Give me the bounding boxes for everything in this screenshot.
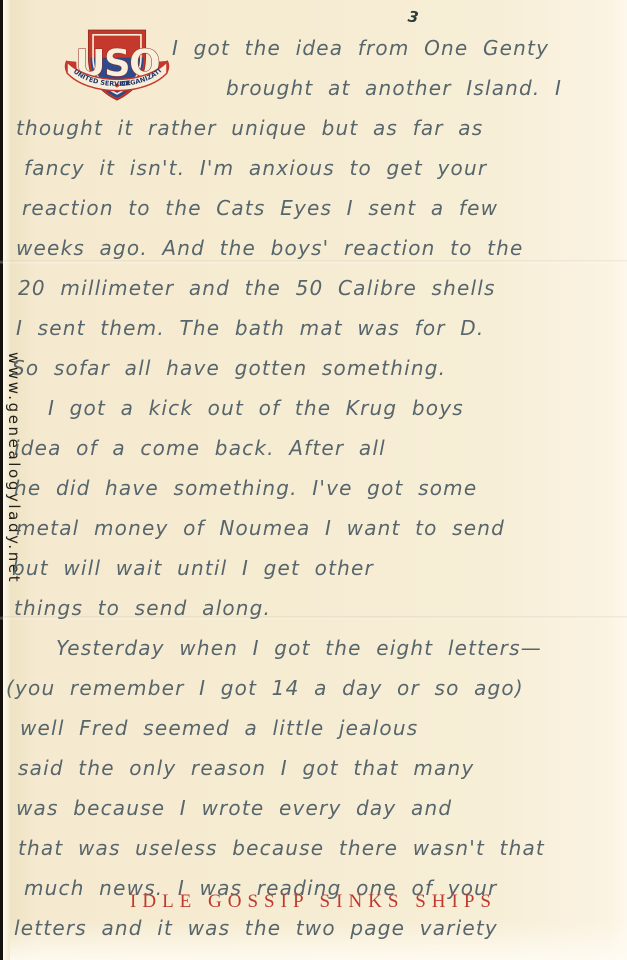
letter-line: idea of a come back. After all [14,428,627,468]
letter-line: brought at another Island. I [226,68,627,108]
letter-page: USO UNITED SERVICE ORGANIZATIONS 3 www.g… [0,0,627,960]
letter-line: that was useless because there wasn't th… [18,828,627,868]
letter-line: said the only reason I got that many [18,748,627,788]
letter-line: reaction to the Cats Eyes I sent a few [22,188,627,228]
letter-line: letters and it was the two page variety [14,908,627,948]
letter-line: well Fred seemed a little jealous [20,708,627,748]
letter-line: 20 millimeter and the 50 Calibre shells [18,268,627,308]
letter-line: (you remember I got 14 a day or so ago) [6,668,627,708]
letter-line: I got a kick out of the Krug boys [48,388,627,428]
letter-line: Yesterday when I got the eight letters— [56,628,627,668]
letter-line: things to send along. [14,588,627,628]
letter-line: So sofar all have gotten something. [12,348,627,388]
letter-line: was because I wrote every day and [16,788,627,828]
letter-line: weeks ago. And the boys' reaction to the [16,228,627,268]
letter-line: fancy it isn't. I'm anxious to get your [24,148,627,188]
letter-line: I sent them. The bath mat was for D. [16,308,627,348]
letter-line: I got the idea from One Genty [172,28,627,68]
page-number: 3 [407,7,420,26]
stationery-slogan: IDLE GOSSIP SINKS SHIPS [0,891,627,913]
letter-body: I got the idea from One Genty brought at… [0,28,627,948]
letter-line: he did have something. I've got some [14,468,627,508]
letter-line: but will wait until I get other [12,548,627,588]
letter-line: metal money of Noumea I want to send [16,508,627,548]
letter-line: thought it rather unique but as far as [16,108,627,148]
